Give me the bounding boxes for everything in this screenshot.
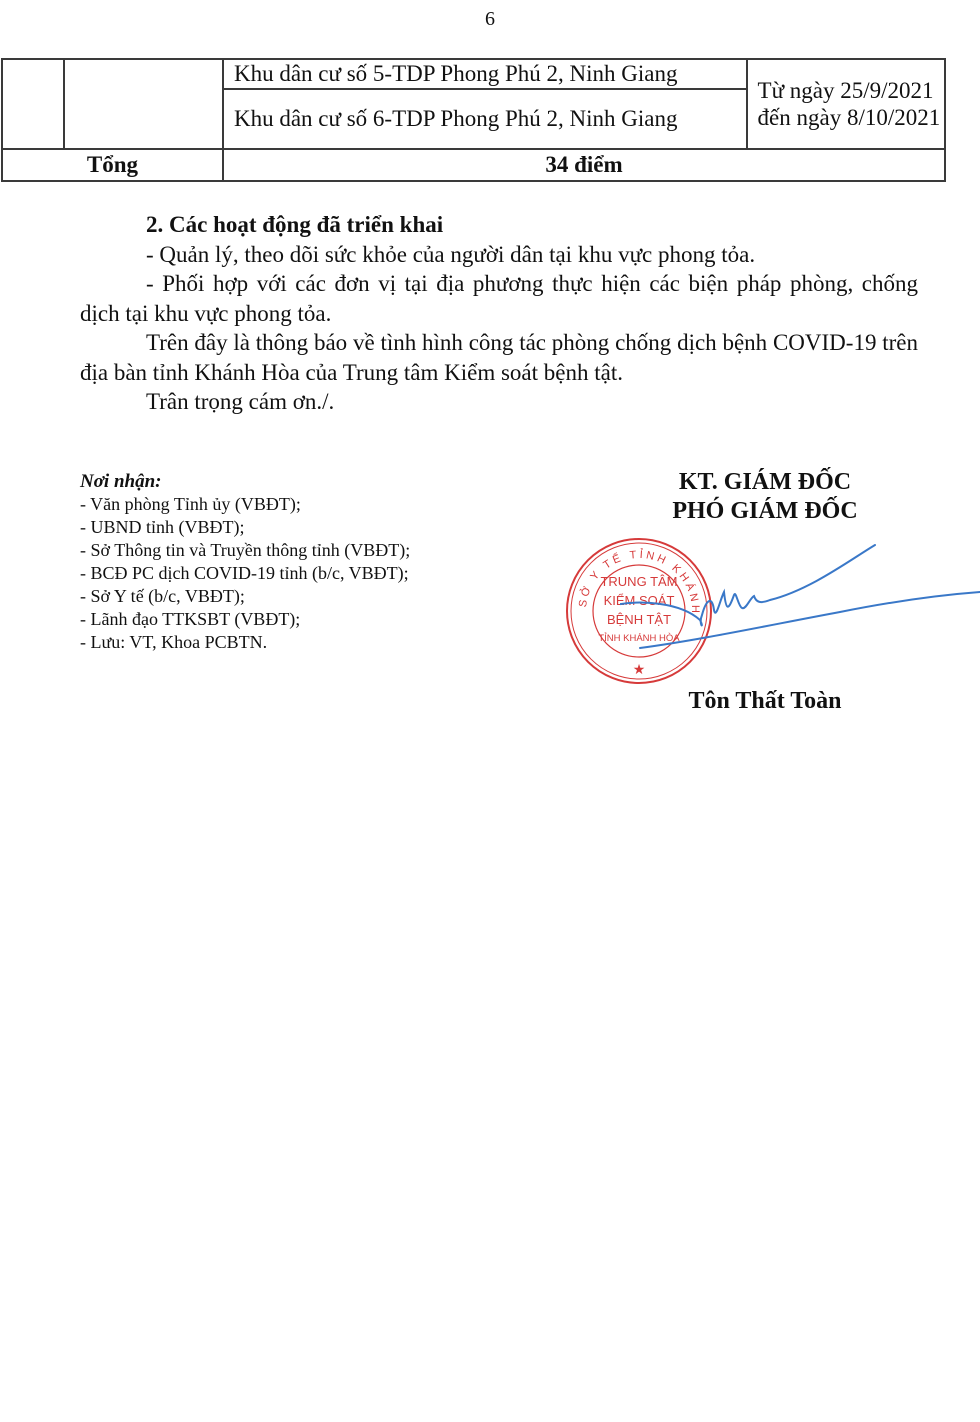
thanks-line: Trân trọng cám ơn./. <box>80 387 918 417</box>
signer-title: KT. GIÁM ĐỐC PHÓ GIÁM ĐỐC <box>620 468 910 526</box>
locations-table: Khu dân cư số 5-TDP Phong Phú 2, Ninh Gi… <box>1 58 946 182</box>
table-cell-period: Từ ngày 25/9/2021 đến ngày 8/10/2021 <box>747 59 945 149</box>
recipient-item: - UBND tỉnh (VBĐT); <box>80 516 410 539</box>
recipient-item: - Sở Thông tin và Truyền thông tỉnh (VBĐ… <box>80 539 410 562</box>
activity-item: - Phối hợp với các đơn vị tại địa phương… <box>80 269 918 328</box>
total-value: 34 điểm <box>223 149 945 181</box>
table-cell-location: Khu dân cư số 5-TDP Phong Phú 2, Ninh Gi… <box>223 59 747 89</box>
signature-icon <box>620 540 980 660</box>
recipient-item: - Lưu: VT, Khoa PCBTN. <box>80 631 410 654</box>
svg-text:★: ★ <box>633 661 646 677</box>
recipient-item: - Sở Y tế (b/c, VBĐT); <box>80 585 410 608</box>
table-cell-index <box>2 59 64 149</box>
signer-title-line1: KT. GIÁM ĐỐC <box>620 468 910 497</box>
activity-item: - Quản lý, theo dõi sức khỏe của người d… <box>80 240 918 270</box>
recipient-item: - BCĐ PC dịch COVID-19 tỉnh (b/c, VBĐT); <box>80 562 410 585</box>
table-cell-area <box>64 59 223 149</box>
recipients-title: Nơi nhận: <box>80 470 410 493</box>
page-number: 6 <box>0 8 980 31</box>
table-total-row: Tổng 34 điểm <box>2 149 945 181</box>
total-label: Tổng <box>2 149 223 181</box>
recipient-item: - Văn phòng Tỉnh ủy (VBĐT); <box>80 493 410 516</box>
table-cell-location: Khu dân cư số 6-TDP Phong Phú 2, Ninh Gi… <box>223 89 747 149</box>
closing-paragraph: Trên đây là thông báo về tình hình công … <box>80 328 918 387</box>
document-body: 2. Các hoạt động đã triển khai - Quản lý… <box>80 210 918 417</box>
signer-name: Tôn Thất Toàn <box>620 688 910 715</box>
signer-title-line2: PHÓ GIÁM ĐỐC <box>620 497 910 526</box>
table-row: Khu dân cư số 5-TDP Phong Phú 2, Ninh Gi… <box>2 59 945 89</box>
recipients-block: Nơi nhận: - Văn phòng Tỉnh ủy (VBĐT); - … <box>80 470 410 654</box>
recipient-item: - Lãnh đạo TTKSBT (VBĐT); <box>80 608 410 631</box>
section-heading: 2. Các hoạt động đã triển khai <box>80 210 918 240</box>
